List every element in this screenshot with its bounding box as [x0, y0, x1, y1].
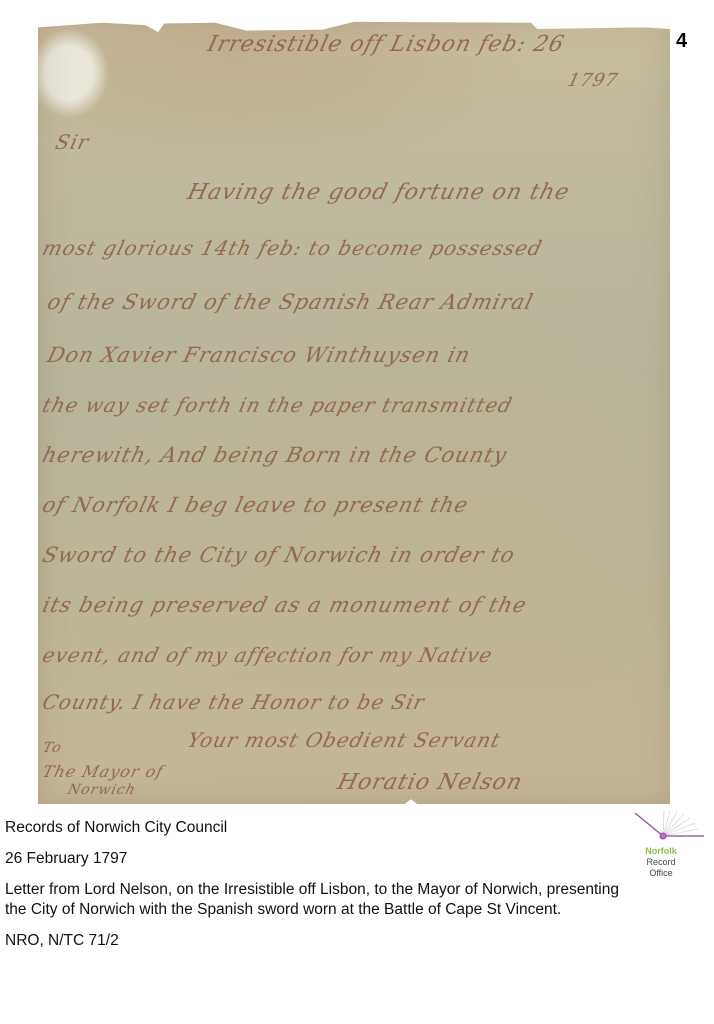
handwriting-line: Sword to the City of Norwich in order to — [40, 543, 518, 567]
signature: Horatio Nelson — [335, 770, 525, 795]
handwriting-line: Sir — [53, 130, 92, 154]
handwriting-line: of Norfolk I beg leave to present the — [40, 493, 471, 517]
document-reference: NRO, N/TC 71/2 — [5, 931, 625, 951]
handwriting-line: herewith, And being Born in the County — [40, 443, 510, 467]
logo-norfolk: Norfolk — [630, 846, 692, 857]
handwriting-line: Irresistible off Lisbon feb: 26 — [205, 32, 567, 57]
logo-office: Office — [630, 868, 692, 879]
handwriting-line: 1797 — [565, 70, 620, 91]
handwriting-line: Don Xavier Francisco Winthuysen in — [45, 343, 473, 367]
collection-title: Records of Norwich City Council — [5, 818, 625, 838]
handwriting-line: event, and of my affection for my Native — [40, 643, 495, 667]
page-number: 4 — [676, 30, 687, 53]
handwriting-line: The Mayor of — [41, 762, 166, 781]
handwriting-line: Having the good fortune on the — [185, 180, 572, 205]
handwriting-line: most glorious 14th feb: to become posses… — [40, 236, 545, 260]
norfolk-record-office-logo: Norfolk Record Office — [630, 808, 710, 883]
handwriting-line: its being preserved as a monument of the — [40, 593, 530, 617]
logo-sunburst-icon — [630, 808, 710, 848]
handwriting-line: County. I have the Honor to be Sir — [40, 690, 428, 714]
handwriting-line: the way set forth in the paper transmitt… — [40, 393, 515, 417]
handwriting-line: To — [41, 740, 64, 756]
logo-record: Record — [630, 857, 692, 868]
letter-image: Irresistible off Lisbon feb: 26 1797 Sir… — [38, 18, 670, 804]
document-description: Letter from Lord Nelson, on the Irresist… — [5, 880, 625, 920]
handwriting-line: Norwich — [66, 782, 138, 798]
document-date: 26 February 1797 — [5, 849, 625, 869]
handwriting-line: of the Sword of the Spanish Rear Admiral — [45, 290, 536, 314]
caption: Records of Norwich City Council 26 Febru… — [5, 818, 625, 962]
handwriting-line: Your most Obedient Servant — [185, 728, 504, 752]
